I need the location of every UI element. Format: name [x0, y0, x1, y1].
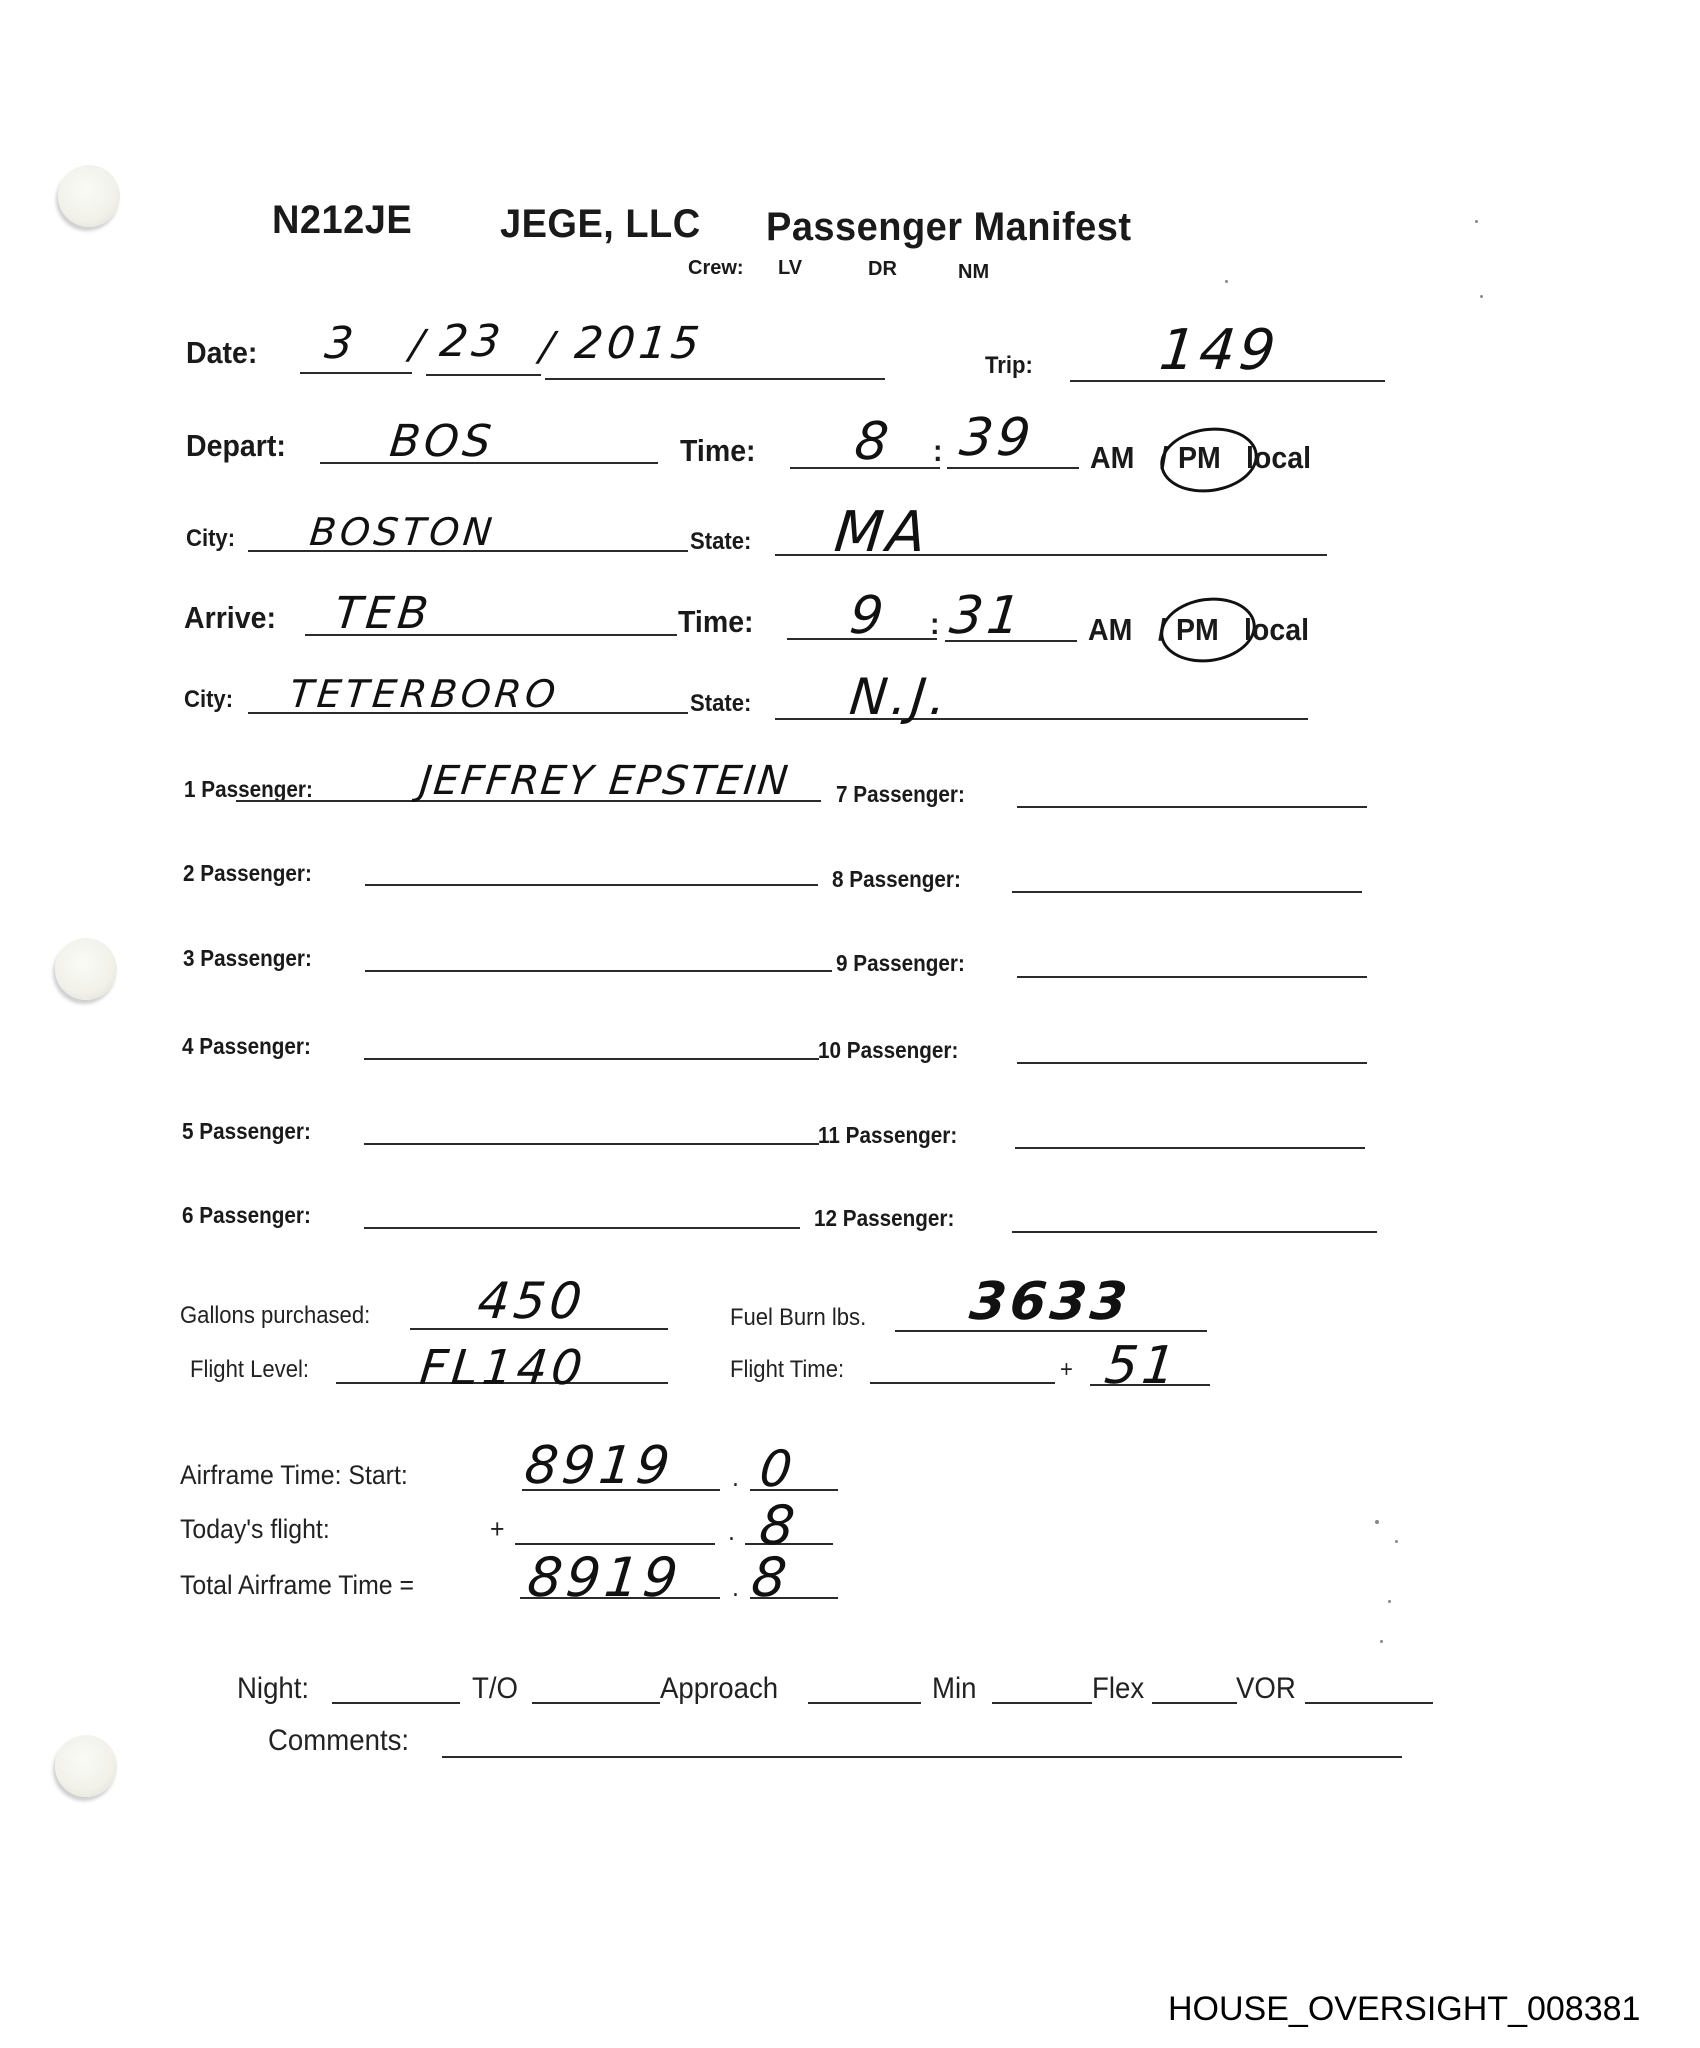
vor-line — [1305, 1702, 1433, 1704]
passenger-6-line — [364, 1227, 800, 1229]
passenger-10-line — [1017, 1062, 1367, 1064]
passenger-6-field[interactable] — [370, 1191, 795, 1225]
depart-city-field[interactable]: BOSTON — [308, 510, 498, 554]
passenger-9-line — [1017, 976, 1367, 978]
depart-city-label: City: — [186, 525, 235, 553]
passenger-11-label: 11 Passenger: — [818, 1122, 957, 1149]
min-field[interactable] — [992, 1670, 1092, 1700]
flight-time-minutes-field[interactable]: 51 — [1102, 1336, 1182, 1396]
airframe-start-dot: . — [732, 1462, 739, 1493]
total-airframe-label: Total Airframe Time = — [180, 1570, 414, 1601]
arrive-local-label: local — [1244, 612, 1309, 648]
passenger-8-field[interactable] — [1015, 855, 1360, 889]
passenger-8-line — [1012, 891, 1362, 893]
flight-time-hours-line — [870, 1382, 1055, 1384]
scan-speck — [1480, 295, 1483, 298]
arrive-city-field[interactable]: TETERBORO — [288, 672, 562, 716]
arrive-city-label: City: — [184, 686, 233, 714]
scan-speck — [1395, 1540, 1398, 1543]
flex-line — [1152, 1702, 1237, 1704]
arrive-minute-field[interactable]: 31 — [947, 586, 1027, 646]
scan-speck — [1380, 1640, 1383, 1643]
passenger-4-field[interactable] — [370, 1022, 815, 1056]
arrive-time-label: Time: — [678, 604, 754, 640]
flight-time-label: Flight Time: — [730, 1356, 844, 1384]
arrive-hour-field[interactable]: 9 — [847, 586, 890, 646]
min-label: Min — [932, 1672, 976, 1706]
takeoff-field[interactable] — [532, 1670, 660, 1700]
date-month-line — [300, 372, 412, 374]
date-day-field[interactable]: 23 — [437, 316, 506, 367]
depart-state-field[interactable]: MA — [832, 500, 933, 565]
bates-number: HOUSE_OVERSIGHT_008381 — [1168, 1990, 1640, 2029]
fuel-burn-label: Fuel Burn lbs. — [730, 1304, 866, 1332]
passenger-6-label: 6 Passenger: — [182, 1202, 311, 1229]
passenger-12-label: 12 Passenger: — [814, 1205, 954, 1232]
depart-time-label: Time: — [680, 433, 756, 469]
passenger-7-label: 7 Passenger: — [836, 781, 965, 808]
trip-number-field[interactable]: 149 — [1157, 318, 1283, 383]
depart-hour-field[interactable]: 8 — [852, 412, 895, 472]
depart-label: Depart: — [186, 428, 286, 464]
flight-level-label: Flight Level: — [190, 1356, 309, 1384]
date-year-field[interactable]: 2015 — [572, 318, 705, 369]
passenger-7-field[interactable] — [1020, 770, 1365, 804]
fuel-burn-field[interactable]: 3633 — [967, 1272, 1134, 1332]
gallons-purchased-field[interactable]: 450 — [475, 1272, 589, 1330]
passenger-9-label: 9 Passenger: — [836, 950, 965, 977]
airframe-start-label: Airframe Time: Start: — [180, 1460, 408, 1491]
date-day-line — [426, 374, 541, 376]
min-line — [992, 1702, 1092, 1704]
depart-time-colon: : — [933, 433, 943, 469]
passenger-9-field[interactable] — [1020, 940, 1365, 974]
passenger-8-label: 8 Passenger: — [832, 866, 961, 893]
depart-state-label: State: — [690, 528, 751, 556]
total-airframe-tenths-field[interactable]: 8 — [749, 1546, 794, 1609]
passenger-10-field[interactable] — [1020, 1026, 1365, 1060]
passenger-2-label: 2 Passenger: — [183, 860, 312, 887]
hole-punch-top — [58, 165, 120, 227]
flight-time-plus: + — [1060, 1356, 1073, 1384]
arrive-am-option[interactable]: AM — [1088, 612, 1132, 648]
arrive-state-field[interactable]: N.J. — [847, 668, 953, 726]
passenger-2-line — [365, 884, 818, 886]
total-airframe-whole-field[interactable]: 8919 — [525, 1546, 685, 1609]
crew-member-3: NM — [958, 261, 989, 284]
scan-speck — [1388, 1600, 1391, 1603]
flex-field[interactable] — [1152, 1670, 1237, 1700]
hole-punch-bottom — [55, 1735, 117, 1797]
hole-punch-middle — [55, 938, 117, 1000]
passenger-5-field[interactable] — [370, 1107, 815, 1141]
vor-label: VOR — [1236, 1672, 1296, 1706]
night-line — [332, 1702, 460, 1704]
arrive-state-label: State: — [690, 690, 751, 718]
date-label: Date: — [186, 335, 257, 371]
arrive-code-field[interactable]: TEB — [332, 588, 434, 639]
flex-label: Flex — [1092, 1672, 1144, 1706]
depart-minute-field[interactable]: 39 — [957, 408, 1037, 468]
passenger-10-label: 10 Passenger: — [818, 1037, 958, 1064]
company-name: JEGE, LLC — [500, 202, 701, 247]
todays-flight-plus: + — [490, 1514, 505, 1545]
todays-flight-label: Today's flight: — [180, 1514, 330, 1545]
date-year-line — [545, 378, 885, 380]
comments-field[interactable] — [445, 1722, 1400, 1754]
trip-label: Trip: — [985, 352, 1033, 380]
todays-flight-dot: . — [728, 1516, 735, 1547]
airframe-start-tenths-field[interactable]: 0 — [757, 1440, 799, 1498]
airframe-start-whole-field[interactable]: 8919 — [522, 1436, 677, 1496]
depart-am-option[interactable]: AM — [1090, 440, 1134, 476]
passenger-12-field[interactable] — [1015, 1195, 1375, 1229]
approach-line — [808, 1702, 921, 1704]
approach-field[interactable] — [808, 1670, 921, 1700]
date-slash-2: / — [538, 324, 560, 370]
passenger-2-field[interactable] — [370, 850, 810, 884]
passenger-1-field[interactable]: JEFFREY EPSTEIN — [418, 758, 792, 804]
comments-line — [442, 1756, 1402, 1758]
takeoff-line — [532, 1702, 660, 1704]
comments-label: Comments: — [268, 1724, 409, 1758]
passenger-3-field[interactable] — [370, 935, 830, 969]
passenger-1-label: 1 Passenger: — [184, 776, 313, 803]
passenger-3-label: 3 Passenger: — [183, 945, 312, 972]
crew-member-2: DR — [868, 258, 897, 281]
passenger-5-line — [364, 1143, 819, 1145]
arrive-label: Arrive: — [184, 600, 276, 636]
flight-level-field[interactable]: FL140 — [417, 1340, 589, 1396]
todays-flight-whole-field[interactable] — [518, 1508, 713, 1540]
passenger-4-line — [364, 1058, 819, 1060]
approach-label: Approach — [660, 1672, 778, 1706]
date-slash-1: / — [408, 322, 430, 368]
depart-code-field[interactable]: BOS — [387, 416, 497, 467]
scan-speck — [1475, 220, 1478, 223]
passenger-11-field[interactable] — [1020, 1111, 1365, 1145]
arrive-time-colon: : — [930, 606, 940, 642]
depart-local-label: local — [1246, 440, 1311, 476]
takeoff-label: T/O — [472, 1672, 518, 1706]
total-airframe-dot: . — [732, 1572, 739, 1603]
night-label: Night: — [237, 1672, 309, 1706]
scan-speck — [1225, 280, 1228, 283]
passenger-3-line — [365, 970, 832, 972]
passenger-4-label: 4 Passenger: — [182, 1033, 311, 1060]
gallons-purchased-label: Gallons purchased: — [180, 1302, 370, 1330]
crew-member-1: LV — [778, 257, 802, 280]
date-month-field[interactable]: 3 — [322, 318, 359, 369]
crew-label: Crew: — [688, 257, 744, 280]
form-title: Passenger Manifest — [766, 205, 1131, 250]
passenger-12-line — [1012, 1231, 1377, 1233]
passenger-11-line — [1015, 1147, 1365, 1149]
vor-field[interactable] — [1305, 1670, 1433, 1700]
tail-number: N212JE — [272, 198, 412, 243]
todays-flight-whole-line — [515, 1543, 715, 1545]
passenger-7-line — [1017, 806, 1367, 808]
night-field[interactable] — [332, 1670, 460, 1700]
scan-speck — [1375, 1520, 1379, 1524]
flight-time-hours-field[interactable] — [872, 1348, 1052, 1380]
passenger-5-label: 5 Passenger: — [182, 1118, 311, 1145]
